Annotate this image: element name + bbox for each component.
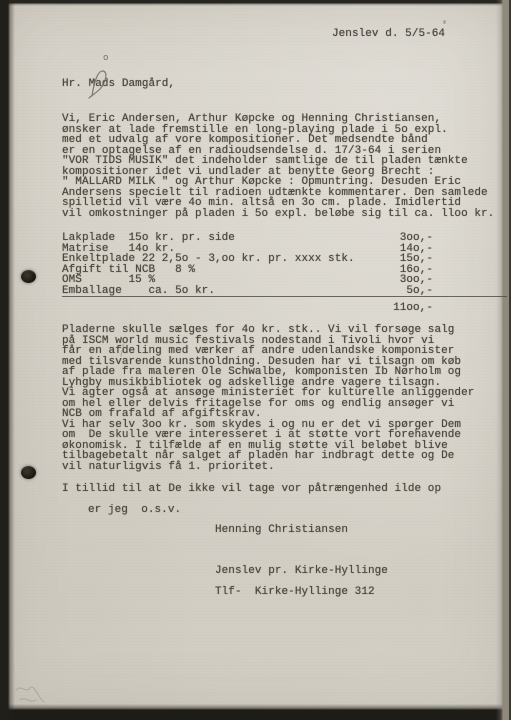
- pencil-squiggle: [16, 687, 44, 702]
- cost-amount: 15o,-: [381, 254, 433, 265]
- address-line-2: Tlf- Kirke-Hyllinge 312: [215, 587, 375, 598]
- body-paragraph-1: Vi, Eric Andersen, Arthur Køpcke og Henn…: [62, 114, 494, 219]
- cost-row: Emballage ca. 5o kr. 5o,-: [62, 286, 433, 297]
- valediction: er jeg o.s.v.: [88, 505, 181, 516]
- punch-hole-top: [21, 270, 36, 283]
- salutation: Hr. Mads Damgård,: [62, 79, 175, 90]
- paper-speck: [443, 20, 446, 24]
- cost-table: Lakplade 15o kr. pr. side 3oo,- Matrise …: [62, 233, 433, 296]
- signature-name: Henning Christiansen: [215, 525, 348, 536]
- cost-row: OMS 15 % 3oo,-: [62, 275, 433, 286]
- address-line-1: Jenslev pr. Kirke-Hyllinge: [215, 566, 388, 577]
- scan-edge-top: [0, 0, 511, 6]
- cost-row: Enkeltplade 22 2,5o - 3,oo kr. pr. xxxx …: [62, 254, 433, 265]
- scanned-letter-page: Jenslev d. 5/5-64 o Hr. Mads Damgård, Vi…: [0, 0, 511, 720]
- closing-line: I tillid til at De ikke vil tage vor påt…: [62, 484, 441, 495]
- scan-edge-bottom: [0, 704, 511, 720]
- punch-hole-bottom: [21, 466, 36, 479]
- cost-item: OMS 15 %: [62, 275, 155, 286]
- cost-amount: 5o,-: [381, 286, 433, 297]
- body-paragraph-2: Pladerne skulle sælges for 4o kr. stk.. …: [62, 325, 474, 472]
- cost-amount: 3oo,-: [381, 275, 433, 286]
- cost-row: Lakplade 15o kr. pr. side 3oo,-: [62, 233, 433, 244]
- cost-item: Enkeltplade 22 2,5o - 3,oo kr. pr. xxxx …: [62, 254, 355, 265]
- total-amount: 11oo,-: [333, 303, 433, 314]
- cost-item: Lakplade 15o kr. pr. side: [62, 233, 235, 244]
- cost-amount: 3oo,-: [381, 233, 433, 244]
- total-rule: [62, 296, 507, 297]
- scan-edge-left: [0, 0, 15, 720]
- scan-edge-right: [496, 0, 511, 720]
- handwritten-annotation-o: o: [103, 53, 108, 64]
- dateline: Jenslev d. 5/5-64: [332, 29, 445, 40]
- cost-item: Emballage ca. 5o kr.: [62, 286, 215, 297]
